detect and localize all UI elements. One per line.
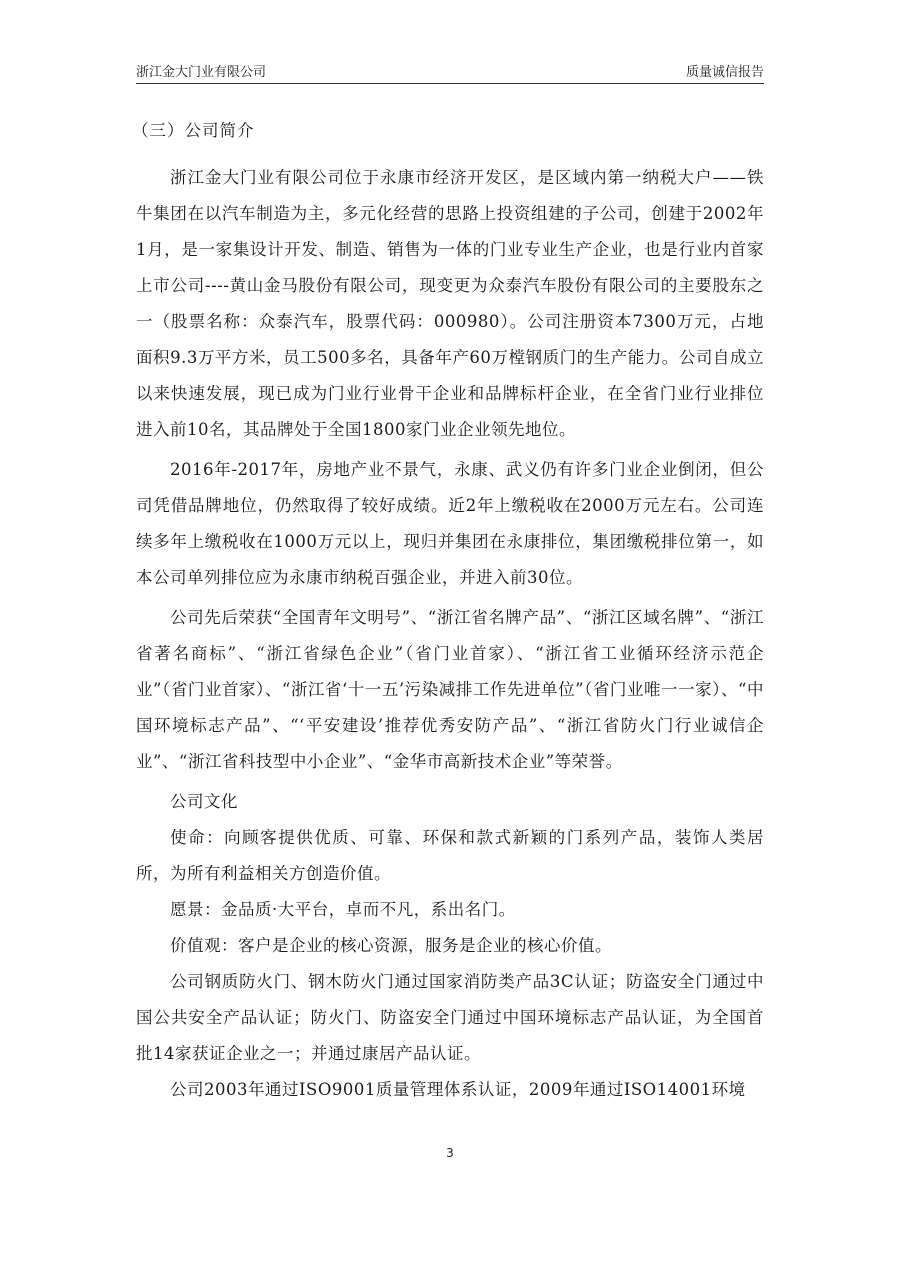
page-header: 浙江金大门业有限公司 质量诚信报告 [136,62,764,84]
page-body: （三）公司简介 浙江金大门业有限公司位于永康市经济开发区，是区域内第一纳税大户—… [136,118,764,1108]
header-report-title: 质量诚信报告 [686,64,764,82]
culture-mission: 使命：向顾客提供优质、可靠、环保和款式新颖的门系列产品，装饰人类居所，为所有利益… [136,820,764,892]
paragraph-product-certifications: 公司钢质防火门、钢木防火门通过国家消防类产品3C认证；防盗安全门通过中国公共安全… [136,964,764,1072]
paragraph-iso-certifications: 公司2003年通过ISO9001质量管理体系认证，2009年通过ISO14001… [136,1072,764,1108]
page-number: 3 [0,1146,900,1160]
paragraph-company-overview: 浙江金大门业有限公司位于永康市经济开发区，是区域内第一纳税大户——铁牛集团在以汽… [136,160,764,448]
header-company-name: 浙江金大门业有限公司 [136,64,266,82]
culture-values: 价值观：客户是企业的核心资源，服务是企业的核心价值。 [136,928,764,964]
paragraph-honors: 公司先后荣获“全国青年文明号”、“浙江省名牌产品”、“浙江区域名牌”、“浙江省著… [136,600,764,780]
paragraph-tax-performance: 2016年-2017年，房地产业不景气，永康、武义仍有许多门业企业倒闭，但公司凭… [136,452,764,596]
culture-vision: 愿景：金品质·大平台，卓而不凡，系出名门。 [136,892,764,928]
culture-title: 公司文化 [136,784,764,820]
section-heading: （三）公司简介 [132,118,764,144]
